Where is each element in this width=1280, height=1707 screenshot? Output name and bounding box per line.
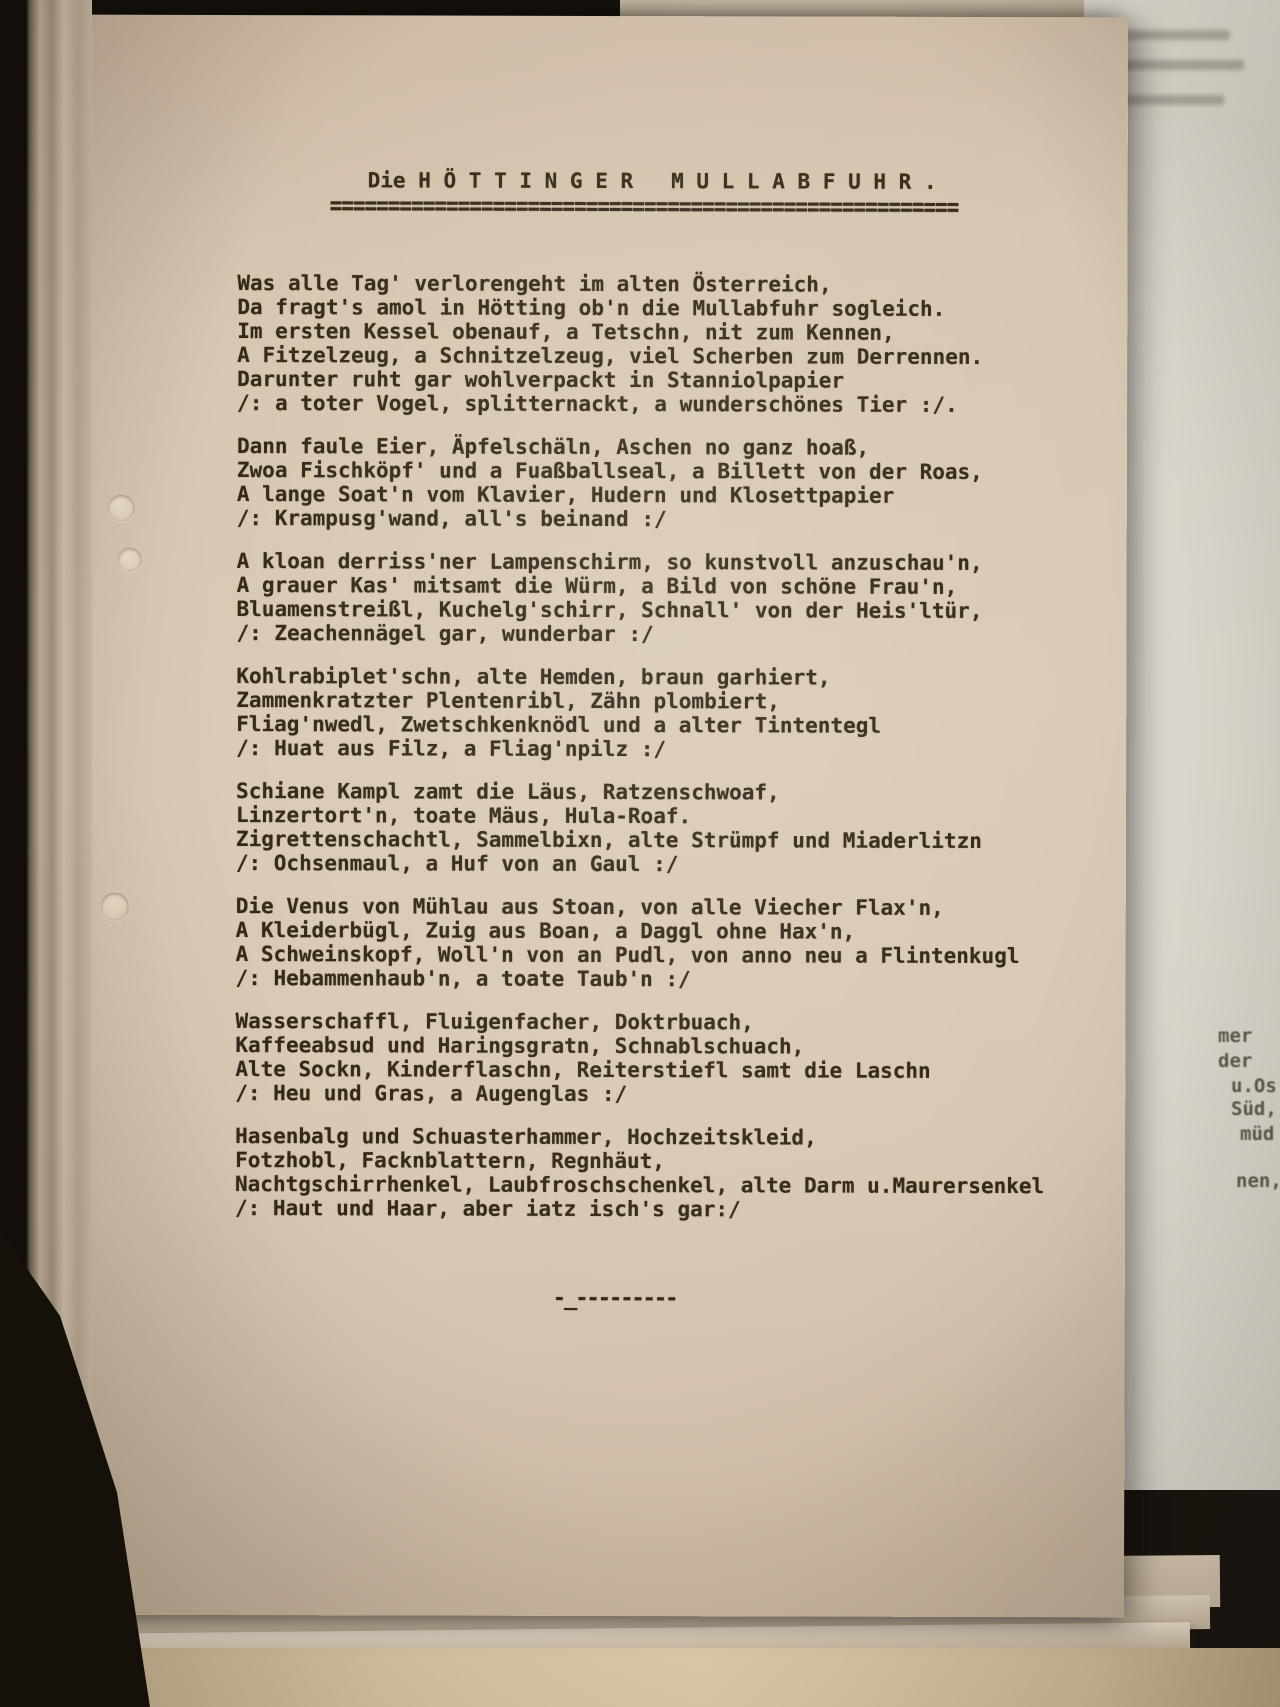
poem-line: Im ersten Kessel obenauf, a Tetschn, nit… (237, 319, 1097, 345)
poem-line: Die Venus von Mühlau aus Stoan, von alle… (236, 894, 1096, 920)
underlying-text-fragment: müd (1240, 1123, 1274, 1145)
punch-hole (101, 893, 129, 921)
photo-of-typewritten-page: mer der u.Os Süd, müd nen, Die H Ö T T I… (0, 0, 1280, 1707)
poem-line: Nachtgschirrhenkel, Laubfroschschenkel, … (235, 1172, 1095, 1198)
poem-line: Zigrettenschachtl, Sammelbixn, alte Strü… (236, 827, 1096, 853)
underlying-page-right: mer der u.Os Süd, müd nen, (1118, 120, 1280, 1490)
poem-line: Fliag'nwedl, Zwetschkenknödl und a alter… (236, 712, 1096, 738)
poem-line: Darunter ruht gar wohlverpackt in Stanni… (237, 367, 1097, 393)
poem-line: Da fragt's amol in Hötting ob'n die Mull… (237, 295, 1097, 321)
poem-line: Fotzhobl, Facknblattern, Regnhäut, (235, 1148, 1095, 1174)
poem-line: Linzertort'n, toate Mäus, Hula-Roaf. (236, 803, 1096, 829)
document-title: Die H Ö T T I N G E R M U L L A B F U H … (368, 167, 937, 194)
poem-line: /: Hebammenhaub'n, a toate Taub'n :/ (236, 966, 1096, 992)
poem-line: /: Huat aus Filz, a Fliag'npilz :/ (236, 736, 1096, 762)
poem-line: /: Heu und Gras, a Augenglas :/ (235, 1081, 1095, 1107)
poem-line: Alte Sockn, Kinderflaschn, Reiterstiefl … (235, 1057, 1095, 1083)
poem-line: Zammenkratzter Plentenribl, Zähn plombie… (236, 688, 1096, 714)
poem-line: A Schweinskopf, Woll'n von an Pudl, von … (236, 942, 1096, 968)
underlying-text-fragment: Süd, (1231, 1098, 1277, 1120)
stanza-1: Was alle Tag' verlorengeht im alten Öste… (237, 271, 1097, 417)
poem-line: /: Ochsenmaul, a Huf von an Gaul :/ (236, 851, 1096, 877)
poem-line: Kaffeeabsud und Haringsgratn, Schnablsch… (235, 1033, 1095, 1059)
illegible-text-smudge (1114, 95, 1224, 105)
underlying-text-fragment: u.Os (1231, 1075, 1277, 1097)
poem-line: /: Zeachennägel gar, wunderbar :/ (236, 621, 1096, 647)
poem-line: A lange Soat'n vom Klavier, Hudern und K… (237, 482, 1097, 508)
stanza-5: Schiane Kampl zamt die Läus, Ratzenschwo… (236, 779, 1096, 877)
poem-line: Bluamenstreißl, Kuchelg'schirr, Schnall'… (237, 597, 1097, 623)
poem-line: /: Krampusg'wand, all's beinand :/ (237, 506, 1097, 532)
poem-body: Was alle Tag' verlorengeht im alten Öste… (235, 271, 1098, 1241)
punch-hole (118, 548, 142, 572)
typewritten-sheet: Die H Ö T T I N G E R M U L L A B F U H … (82, 15, 1128, 1618)
table-surface (0, 1648, 1280, 1707)
title-underline: ========================================… (330, 190, 959, 222)
underlying-text-fragment: mer (1218, 1025, 1252, 1047)
poem-line: /: a toter Vogel, splitternackt, a wunde… (237, 391, 1097, 417)
stanza-8: Hasenbalg und Schuasterhammer, Hochzeits… (235, 1124, 1095, 1222)
poem-line: Wasserschaffl, Fluigenfacher, Doktrbuach… (235, 1009, 1095, 1035)
stanza-2: Dann faule Eier, Äpfelschäln, Aschen no … (237, 434, 1097, 532)
poem-line: A kloan derriss'ner Lampenschirm, so kun… (237, 549, 1097, 575)
poem-line: /: Haut und Haar, aber iatz isch's gar:/ (235, 1196, 1095, 1222)
poem-line: Zwoa Fischköpf' und a Fuaßballseal, a Bi… (237, 458, 1097, 484)
poem-line: A Kleiderbügl, Zuig aus Boan, a Daggl oh… (236, 918, 1096, 944)
poem-line: Schiane Kampl zamt die Läus, Ratzenschwo… (236, 779, 1096, 805)
poem-line: A grauer Kas' mitsamt die Würm, a Bild v… (237, 573, 1097, 599)
stanza-3: A kloan derriss'ner Lampenschirm, so kun… (236, 549, 1096, 647)
underlying-text-fragment: nen, (1236, 1170, 1280, 1192)
stanza-4: Kohlrabiplet'schn, alte Hemden, braun ga… (236, 664, 1096, 762)
poem-line: Was alle Tag' verlorengeht im alten Öste… (237, 271, 1097, 297)
stanza-6: Die Venus von Mühlau aus Stoan, von alle… (236, 894, 1096, 992)
punch-hole (108, 495, 135, 522)
poem-line: Hasenbalg und Schuasterhammer, Hochzeits… (235, 1124, 1095, 1150)
stanza-7: Wasserschaffl, Fluigenfacher, Doktrbuach… (235, 1009, 1095, 1107)
poem-line: Dann faule Eier, Äpfelschäln, Aschen no … (237, 434, 1097, 460)
poem-line: Kohlrabiplet'schn, alte Hemden, braun ga… (236, 664, 1096, 690)
end-divider: -_--------- (553, 1288, 677, 1310)
poem-line: A Fitzelzeug, a Schnitzelzeug, viel Sche… (237, 343, 1097, 369)
underlying-text-fragment: der (1218, 1050, 1252, 1072)
